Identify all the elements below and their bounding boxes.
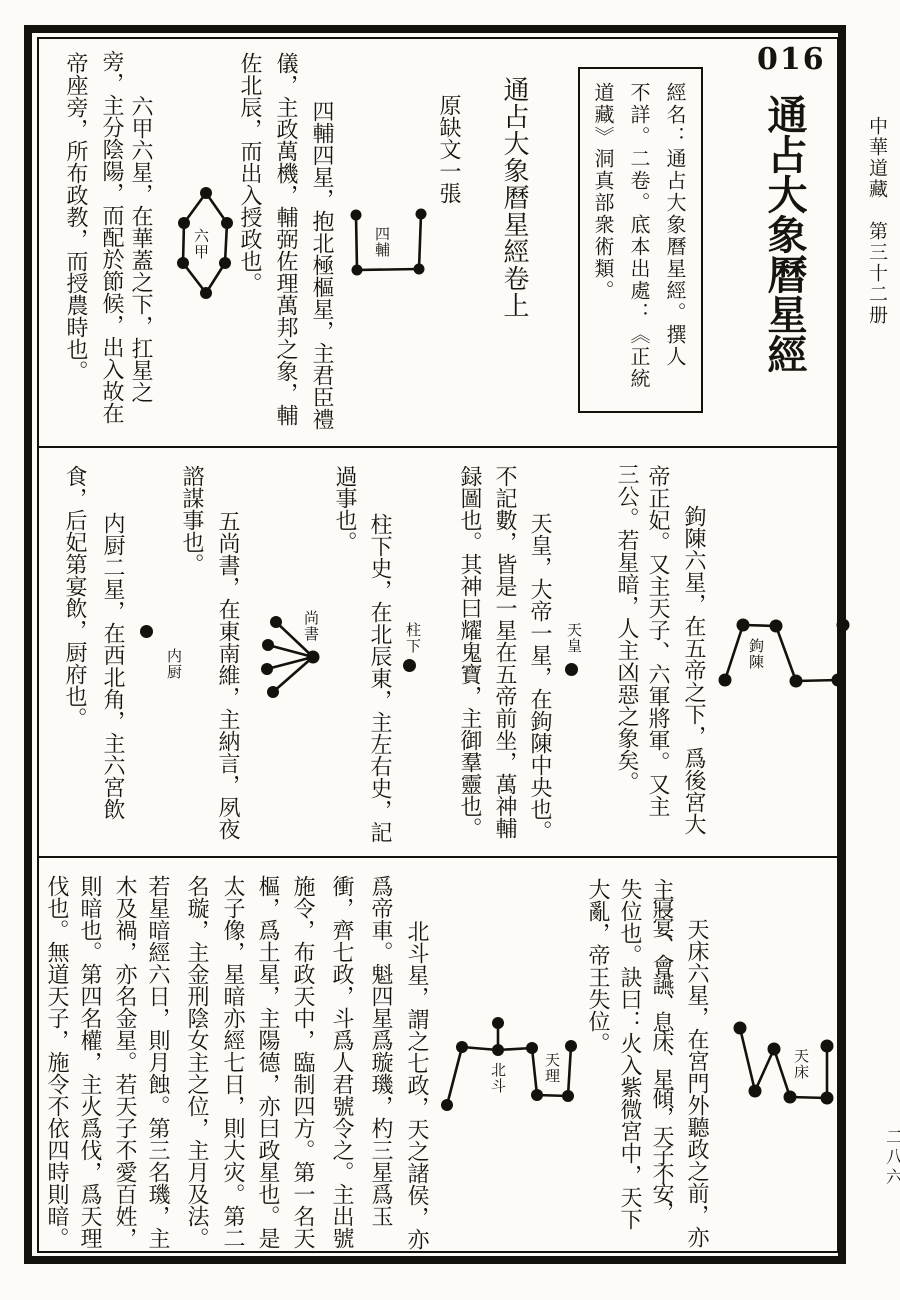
beidou-text-column: 衝，齊七政，斗爲人君號令之。主出號 xyxy=(327,875,357,1249)
missing-leaf-note: 原缺文一張 xyxy=(434,94,464,204)
liujia-text-column: 旁，主分陰陽，而配於節候，出入故在 xyxy=(97,50,127,424)
zhuxia-text-column: 過事也。 xyxy=(330,465,360,553)
section-divider-2 xyxy=(38,856,838,858)
tianhuang-text-column: 天皇，大帝一星，在鉤陳中央也。 xyxy=(525,512,555,842)
sifu-text-column: 四輔四星，抱北極樞星，主君臣禮 xyxy=(307,100,337,430)
volume-label: 中華道藏 第三十二册 xyxy=(864,116,888,326)
beidou-text-column: 太子像，星暗亦經七日，則大灾。第二 xyxy=(218,875,248,1249)
colophon-line: 不詳。二卷。底本出處：《正統 xyxy=(620,82,656,398)
tianchuang-constellation-diagram xyxy=(723,1016,840,1110)
beidou-text-column: 爲帝車。魁四星爲璇璣，杓三星爲玉 xyxy=(366,875,396,1227)
neichu-text-column: 食，后妃第宴飲，厨府也。 xyxy=(60,465,90,729)
tianhuang-text-column: 録圖也。其神曰耀鬼寶，主御羣靈也。 xyxy=(455,465,485,839)
gouchen-constellation-diagram xyxy=(713,613,855,693)
beidou-text-column: 則暗也。第四名權，主火爲伐，爲天理 xyxy=(75,875,105,1249)
page-number: 二八六 xyxy=(880,1128,900,1188)
colophon-line: 經名：通占大象曆星經。撰人 xyxy=(656,82,692,398)
tianchuang-text-column: 天床六星，在宮門外聽政之前，亦 xyxy=(682,918,712,1248)
shangshu-text-column: 諮謀事也。 xyxy=(177,465,207,575)
chapter-title: 通占大象曆星經卷上 xyxy=(497,76,531,319)
liujia-text-column: 帝座旁，所布政教，而授農時也。 xyxy=(61,52,91,382)
book-title: 通占大象曆星經 xyxy=(758,94,810,374)
scanned-book-page: 中華道藏 第三十二册 二八六 016 通占大象曆星經 經名：通占大象曆星經。撰人… xyxy=(0,0,900,1300)
beidou-text-column: 木及禍，亦名金星。若天子不愛百姓， xyxy=(110,875,140,1249)
neichu-text-column: 内厨二星，在西北角，主六宮飲 xyxy=(98,512,128,820)
colophon-line: 道藏》洞真部衆術類。 xyxy=(584,82,620,398)
gouchen-text-column: 帝正妃。又主天子、六軍將軍。又主 xyxy=(643,465,673,817)
colophon-box: 經名：通占大象曆星經。撰人 不詳。二卷。底本出處：《正統 道藏》洞真部衆術類。 xyxy=(578,67,703,413)
liujia-label: 六甲 xyxy=(191,228,208,260)
tianhuang-label: 天皇 xyxy=(564,622,581,654)
section-divider-1 xyxy=(38,446,838,448)
serial-number: 016 xyxy=(757,42,826,77)
beidou-text-column: 施令，布政天中，臨制四方。第一名天 xyxy=(288,875,318,1249)
tianchuang-text-column: 主寢宴、會讌、息床、星傾，天子不安， xyxy=(647,878,677,1220)
gouchen-text-column: 鉤陳六星，在五帝之下，爲後宮大 xyxy=(679,505,709,835)
zhuxia-label: 柱下 xyxy=(403,622,420,654)
beidou-text-column: 伐也。無道天子，施令不依四時則暗。 xyxy=(42,875,72,1249)
zhuxia-text-column: 柱下史，在北辰東，主左右史，記 xyxy=(365,513,395,843)
neichu-star-dot xyxy=(140,625,153,638)
gouchen-text-column: 三公。若星暗，人主凶惡之象矣。 xyxy=(612,463,642,793)
tianhuang-star-dot xyxy=(565,663,578,676)
beidou-text-column: 名璇，主金刑陰女主之位，主月及法。 xyxy=(182,875,212,1249)
beidou-text-column: 若星暗經六日，則月蝕。第三名璣，主 xyxy=(143,875,173,1249)
tianchuang-text-column: 大亂，帝王失位。 xyxy=(583,878,613,1054)
tianchuang-label: 天床 xyxy=(791,1048,808,1080)
shangshu-text-column: 五尚書，在東南維，主納言，夙夜 xyxy=(213,510,243,840)
liujia-text-column: 六甲六星，在華蓋之下，扛星之 xyxy=(126,95,156,403)
tianhuang-text-column: 不記數，皆是一星在五帝前坐，萬神輔 xyxy=(490,465,520,839)
beidou-label: 北斗 xyxy=(488,1062,505,1094)
zhuxia-star-dot xyxy=(403,659,416,672)
beidou-constellation-diagram xyxy=(433,1011,585,1118)
tianchuang-text-column: 失位也。訣曰：火入紫微宮中，天下 xyxy=(615,878,645,1230)
sifu-text-column: 儀，主政萬機，輔弼佐理萬邦之象，輔 xyxy=(271,52,301,426)
sifu-label: 四輔 xyxy=(372,226,389,258)
beidou-text-column: 北斗星，謂之七政，天之諸侯，亦 xyxy=(402,920,432,1250)
beidou-text-column: 樞，爲土星，主陽德，亦曰政星也。是 xyxy=(253,875,283,1249)
neichu-label: 内厨 xyxy=(164,648,181,680)
gouchen-label: 鉤陳 xyxy=(746,638,763,670)
tianli-label: 天理 xyxy=(542,1052,559,1084)
shangshu-label: 尚書 xyxy=(301,610,318,642)
